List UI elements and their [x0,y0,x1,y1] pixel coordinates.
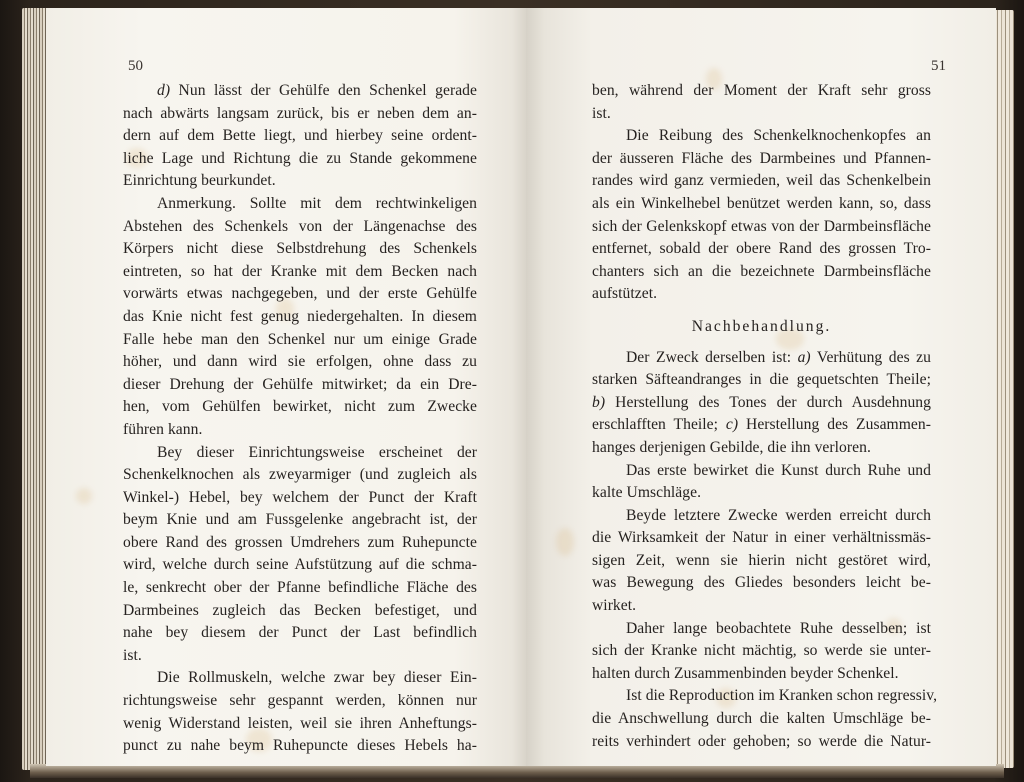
text-line: die Anschwellung durch die kalten Umschl… [592,708,931,731]
text-line: Anmerkung. Sollte mit dem rechtwinkelige… [123,193,477,216]
text-line: dieser Drehung der Gehülfe mitwirket; da… [123,374,477,397]
text-line: Das erste bewirket die Kunst durch Ruhe … [592,460,931,483]
text-line: ist. [123,645,477,668]
text-line: liche Lage und Richtung die zu Stande ge… [123,148,477,171]
text-line: nahe bey diesem der Punct der Last befin… [123,622,477,645]
text-line: Einrichtung beurkundet. [123,170,477,193]
text-line: Die Reibung des Schenkelknochenkopfes an [592,125,931,148]
section-heading: Nachbehandlung. [592,306,931,347]
text-line: reits verhindert oder gehoben; so werde … [592,731,931,754]
text-line: hanges derjenigen Gebilde, die ihn verlo… [592,437,931,460]
text-line: nach abwärts langsam zurück, bis er nebe… [123,103,477,126]
text-line: das Knie nicht fest genug niedergehalten… [123,306,477,329]
text-line: Darmbeines zugleich das Becken befestige… [123,600,477,623]
text-line: Die Rollmuskeln, welche zwar bey dieser … [123,667,477,690]
text-line: Abstehen des Schenkels von der Längenach… [123,216,477,239]
text-line: dern auf dem Bette liegt, und hierbey se… [123,125,477,148]
text-line: Bey dieser Einrichtungsweise erscheinet … [123,442,477,465]
text-line: punct zu nahe beym Ruhepuncte dieses Heb… [123,735,477,758]
text-line: erschlafften Theile; c) Herstellung des … [592,414,931,437]
text-line: als ein Winkelhebel benützet werden kann… [592,193,931,216]
page-number-right: 51 [931,58,946,75]
text-line: sich der Kranke nicht mächtig, so werde … [592,640,931,663]
text-line: Falle hebe man den Schenkel nur um einig… [123,329,477,352]
right-page: 51 ben, während der Moment der Kraft seh… [526,8,996,766]
text-line: d) Nun lässt der Gehülfe den Schenkel ge… [123,80,477,103]
text-line: der äusseren Fläche des Darmbeines und P… [592,148,931,171]
text-line: richtungsweise sehr gespannt werden, kön… [123,690,477,713]
text-line: wirket. [592,595,931,618]
text-line: Schenkelknochen als zweyarmiger (und zug… [123,464,477,487]
text-line: Daher lange beobachtete Ruhe desselben; … [592,618,931,641]
page-number-left: 50 [128,58,143,75]
text-line: entfernet, sobald der obere Rand des gro… [592,238,931,261]
left-page: 50 d) Nun lässt der Gehülfe den Schenkel… [46,8,526,766]
text-line: chanters sich an die bezeichnete Darmbei… [592,261,931,284]
text-line: eintreten, so hat der Kranke mit dem Bec… [123,261,477,284]
text-line: Der Zweck derselben ist: a) Verhütung de… [592,347,931,370]
text-line: obere Rand des grossen Umdrehers zum Ruh… [123,532,477,555]
right-page-body: ben, während der Moment der Kraft sehr g… [592,80,931,753]
foxing-stain [76,488,92,504]
text-line: b) Herstellung des Tones der durch Ausde… [592,392,931,415]
text-line: führen kann. [123,419,477,442]
text-line: Ist die Reproduction im Kranken schon re… [592,685,931,708]
text-line: vorwärts etwas nachgegeben, und der erst… [123,283,477,306]
text-line: Winkel-) Hebel, bey welchem der Punct de… [123,487,477,510]
text-line: hen, vom Gehülfen bewirket, nicht zum Zw… [123,396,477,419]
foxing-stain [556,528,574,556]
text-line: halten durch Zusammenbinden beyder Schen… [592,663,931,686]
text-line: höher, und dann wird sie erfolgen, ohne … [123,351,477,374]
text-line: Körpers nicht diese Selbstdrehung des Sc… [123,238,477,261]
text-line: sich der Gelenkskopf etwas von der Darmb… [592,216,931,239]
text-line: was Bewegung des Gliedes besonders leich… [592,572,931,595]
text-line: wenig Widerstand leisten, weil sie ihren… [123,713,477,736]
bottom-cover-edge [30,764,1004,778]
left-page-body: d) Nun lässt der Gehülfe den Schenkel ge… [123,80,477,758]
text-line: beym Knie und am Fussgelenke angebracht … [123,509,477,532]
text-line: sigen Zeit, wenn sie hierin nicht gestör… [592,550,931,573]
text-line: wird, welche durch seine Aufstützung auf… [123,554,477,577]
text-line: kalte Umschläge. [592,482,931,505]
text-line: ben, während der Moment der Kraft sehr g… [592,80,931,103]
text-line: aufstützet. [592,283,931,306]
text-line: starken Säfteandranges in die gequetscht… [592,369,931,392]
text-line: le, senkrecht ober der Pfanne befindlich… [123,577,477,600]
text-line: randes wird ganz vermieden, weil das Sch… [592,170,931,193]
text-line: ist. [592,103,931,126]
text-line: die Wirksamkeit der Natur in einer verhä… [592,527,931,550]
text-line: Beyde letztere Zwecke werden erreicht du… [592,505,931,528]
